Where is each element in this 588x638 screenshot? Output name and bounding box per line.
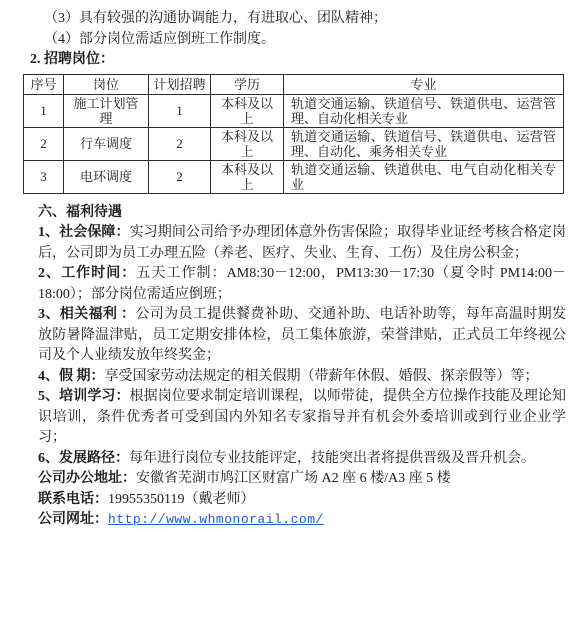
welfare-item-work-hours: 2、工作时间：五天工作制：AM8:30－12:00，PM13:30－17:30（…	[38, 264, 566, 305]
header-position: 岗位	[64, 74, 149, 94]
address-label: 公司办公地址：	[38, 471, 136, 486]
welfare-section-heading: 六、福利待遇	[38, 203, 566, 224]
header-seq: 序号	[24, 74, 64, 94]
phone-value: 19955350119（戴老师）	[108, 492, 254, 507]
cell-seq: 3	[24, 160, 64, 193]
intro-item-4: （4）部分岗位需适应倒班工作制度。	[38, 30, 566, 51]
phone-label: 联系电话：	[38, 492, 108, 507]
company-address-line: 公司办公地址：安徽省芜湖市鸠江区财富广场 A2 座 6 楼/A3 座 5 楼	[38, 469, 566, 490]
welfare-item-holidays: 4、假 期：享受国家劳动法规定的相关假期（带薪年休假、婚假、探亲假等）等；	[38, 367, 566, 388]
welfare-item-label: 2、工作时间：	[38, 266, 136, 281]
table-header-row: 序号 岗位 计划招聘 学历 专业	[24, 74, 564, 94]
cell-seq: 1	[24, 94, 64, 127]
header-education: 学历	[211, 74, 284, 94]
cell-major: 轨道交通运输、铁道供电、电气自动化相关专业	[284, 160, 564, 193]
contact-section: 公司办公地址：安徽省芜湖市鸠江区财富广场 A2 座 6 楼/A3 座 5 楼 联…	[38, 469, 566, 531]
company-website-line: 公司网址：http://www.whmonorail.com/	[38, 510, 566, 531]
welfare-item-text: 每年进行岗位专业技能评定，技能突出者将提供晋级及晋升机会。	[129, 451, 535, 466]
document-page: （3）具有较强的沟通协调能力，有进取心、团队精神； （4）部分岗位需适应倒班工作…	[0, 0, 588, 638]
cell-seq: 2	[24, 127, 64, 160]
welfare-item-label: 3、相关福利 ：	[38, 307, 135, 322]
cell-major: 轨道交通运输、铁道信号、铁道供电、运营管理、自动化、乘务相关专业	[284, 127, 564, 160]
cell-planned-count: 1	[149, 94, 211, 127]
header-planned-count: 计划招聘	[149, 74, 211, 94]
welfare-item-social-security: 1、社会保障：实习期间公司给予办理团体意外伤害保险；取得毕业证经考核合格定岗后，…	[38, 223, 566, 264]
intro-item-3: （3）具有较强的沟通协调能力，有进取心、团队精神；	[38, 9, 566, 30]
cell-position: 行车调度	[64, 127, 149, 160]
welfare-section: 1、社会保障：实习期间公司给予办理团体意外伤害保险；取得毕业证经考核合格定岗后，…	[38, 223, 566, 469]
cell-planned-count: 2	[149, 160, 211, 193]
welfare-item-label: 5、培训学习：	[38, 389, 130, 404]
recruit-positions-table: 序号 岗位 计划招聘 学历 专业 1 施工计划管理 1 本科及以上 轨道交通运输…	[23, 74, 564, 194]
welfare-item-label: 6、发展路径：	[38, 451, 129, 466]
cell-major: 轨道交通运输、铁道信号、铁道供电、运营管理、自动化相关专业	[284, 94, 564, 127]
welfare-item-label: 1、社会保障：	[38, 225, 130, 240]
table-row: 2 行车调度 2 本科及以上 轨道交通运输、铁道信号、铁道供电、运营管理、自动化…	[24, 127, 564, 160]
recruit-positions-heading: 2. 招聘岗位：	[30, 50, 566, 71]
cell-education: 本科及以上	[211, 160, 284, 193]
address-value: 安徽省芜湖市鸠江区财富广场 A2 座 6 楼/A3 座 5 楼	[136, 471, 451, 486]
welfare-item-benefits: 3、相关福利 ：公司为员工提供餐费补助、交通补助、电话补助等，每年高温时期发放防…	[38, 305, 566, 367]
company-website-link[interactable]: http://www.whmonorail.com/	[108, 512, 324, 527]
cell-position: 电环调度	[64, 160, 149, 193]
cell-education: 本科及以上	[211, 127, 284, 160]
welfare-item-career-path: 6、发展路径：每年进行岗位专业技能评定，技能突出者将提供晋级及晋升机会。	[38, 449, 566, 470]
cell-education: 本科及以上	[211, 94, 284, 127]
cell-position: 施工计划管理	[64, 94, 149, 127]
contact-phone-line: 联系电话：19955350119（戴老师）	[38, 490, 566, 511]
welfare-item-text: 享受国家劳动法规定的相关假期（带薪年休假、婚假、探亲假等）等；	[105, 369, 539, 384]
cell-planned-count: 2	[149, 127, 211, 160]
welfare-item-training: 5、培训学习：根据岗位要求制定培训课程，以师带徒，提供全方位操作技能及理论知识培…	[38, 387, 566, 449]
header-major: 专业	[284, 74, 564, 94]
table-row: 3 电环调度 2 本科及以上 轨道交通运输、铁道供电、电气自动化相关专业	[24, 160, 564, 193]
website-label: 公司网址：	[38, 512, 108, 527]
welfare-item-label: 4、假 期：	[38, 369, 105, 384]
intro-section: （3）具有较强的沟通协调能力，有进取心、团队精神； （4）部分岗位需适应倒班工作…	[38, 9, 566, 50]
table-row: 1 施工计划管理 1 本科及以上 轨道交通运输、铁道信号、铁道供电、运营管理、自…	[24, 94, 564, 127]
